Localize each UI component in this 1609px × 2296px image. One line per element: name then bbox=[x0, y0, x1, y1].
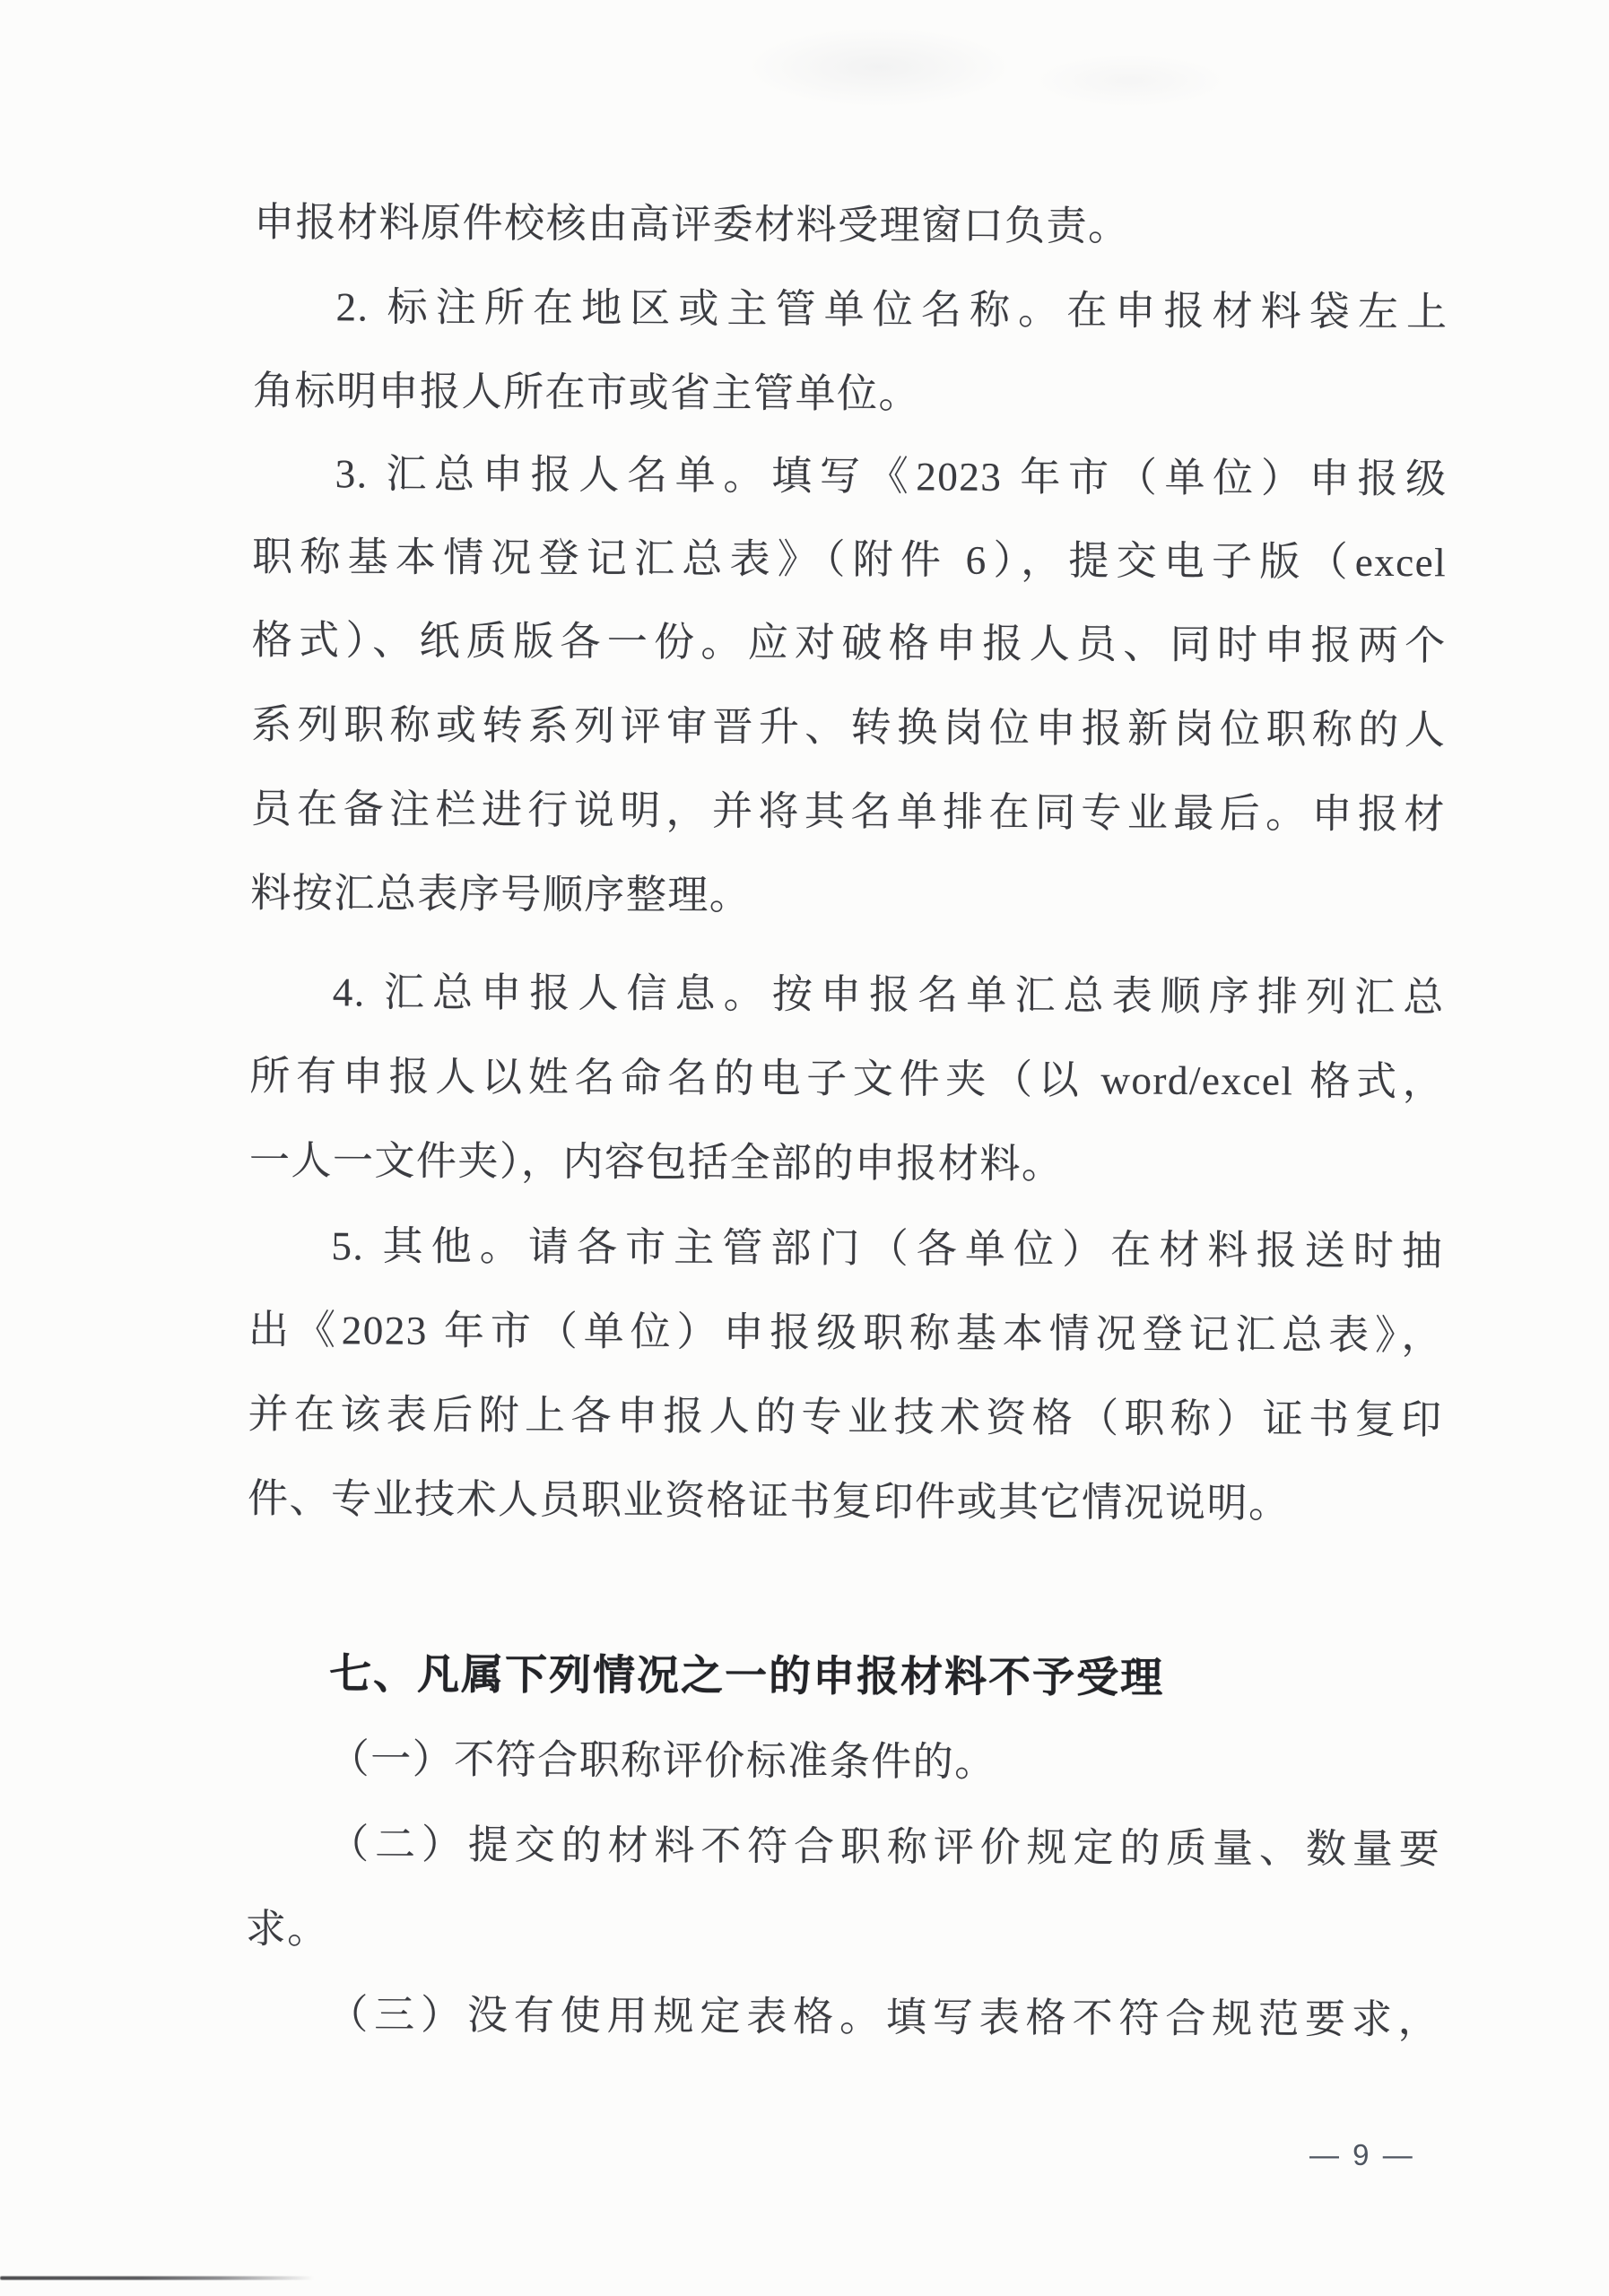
scan-edge-artifact bbox=[0, 2276, 314, 2280]
document-line: 系列职称或转系列评审晋升、转换岗位申报新岗位职称的人 bbox=[251, 701, 1446, 754]
document-line: （一）不符合职称评价标准条件的。 bbox=[247, 1735, 1441, 1788]
document-line: （二）提交的材料不符合职称评价规定的质量、数量要 bbox=[246, 1821, 1440, 1874]
document-line: 5. 其他。请各市主管部门（各单位）在材料报送时抽 bbox=[248, 1222, 1443, 1275]
document-line: 求。 bbox=[246, 1906, 1440, 1959]
scanned-document-page: 申报材料原件校核由高评委材料受理窗口负责。 2. 标注所在地区或主管单位名称。在… bbox=[0, 0, 1609, 2296]
document-line: 4. 汇总申报人信息。按申报名单汇总表顺序排列汇总 bbox=[250, 969, 1445, 1022]
document-line: 员在备注栏进行说明，并将其名单排在同专业最后。申报材 bbox=[251, 786, 1446, 839]
document-line: 并在该表后附上各申报人的专业技术资格（职称）证书复印 bbox=[248, 1391, 1442, 1444]
page-number: — 9 — bbox=[1309, 2138, 1415, 2172]
document-line: 料按汇总表序号顺序整理。 bbox=[250, 870, 1445, 923]
section-heading: 七、凡属下列情况之一的申报材料不予受理 bbox=[247, 1650, 1441, 1703]
document-line: 所有申报人以姓名命名的电子文件夹（以 word/excel 格式， bbox=[249, 1053, 1444, 1106]
document-line: 申报材料原件校核由高评委材料受理窗口负责。 bbox=[254, 199, 1448, 252]
document-line: 2. 标注所在地区或主管单位名称。在申报材料袋左上 bbox=[253, 283, 1448, 336]
document-line: 3. 汇总申报人名单。填写《2023 年市（单位）申报级 bbox=[253, 450, 1448, 503]
document-line: 出《2023 年市（单位）申报级职称基本情况登记汇总表》， bbox=[248, 1307, 1443, 1360]
document-line: 一人一文件夹），内容包括全部的申报材料。 bbox=[249, 1137, 1444, 1190]
document-line: 件、专业技术人员职业资格证书复印件或其它情况说明。 bbox=[248, 1475, 1442, 1528]
document-line: 职称基本情况登记汇总表》（附件 6），提交电子版（excel bbox=[252, 534, 1447, 587]
document-line: 角标明申报人所在市或省主管单位。 bbox=[253, 368, 1448, 421]
document-text-block: 申报材料原件校核由高评委材料受理窗口负责。 2. 标注所在地区或主管单位名称。在… bbox=[244, 0, 1449, 2296]
document-line: 格式）、纸质版各一份。应对破格申报人员、同时申报两个 bbox=[252, 617, 1447, 670]
document-line: （三）没有使用规定表格。填写表格不符合规范要求， bbox=[245, 1991, 1439, 2044]
